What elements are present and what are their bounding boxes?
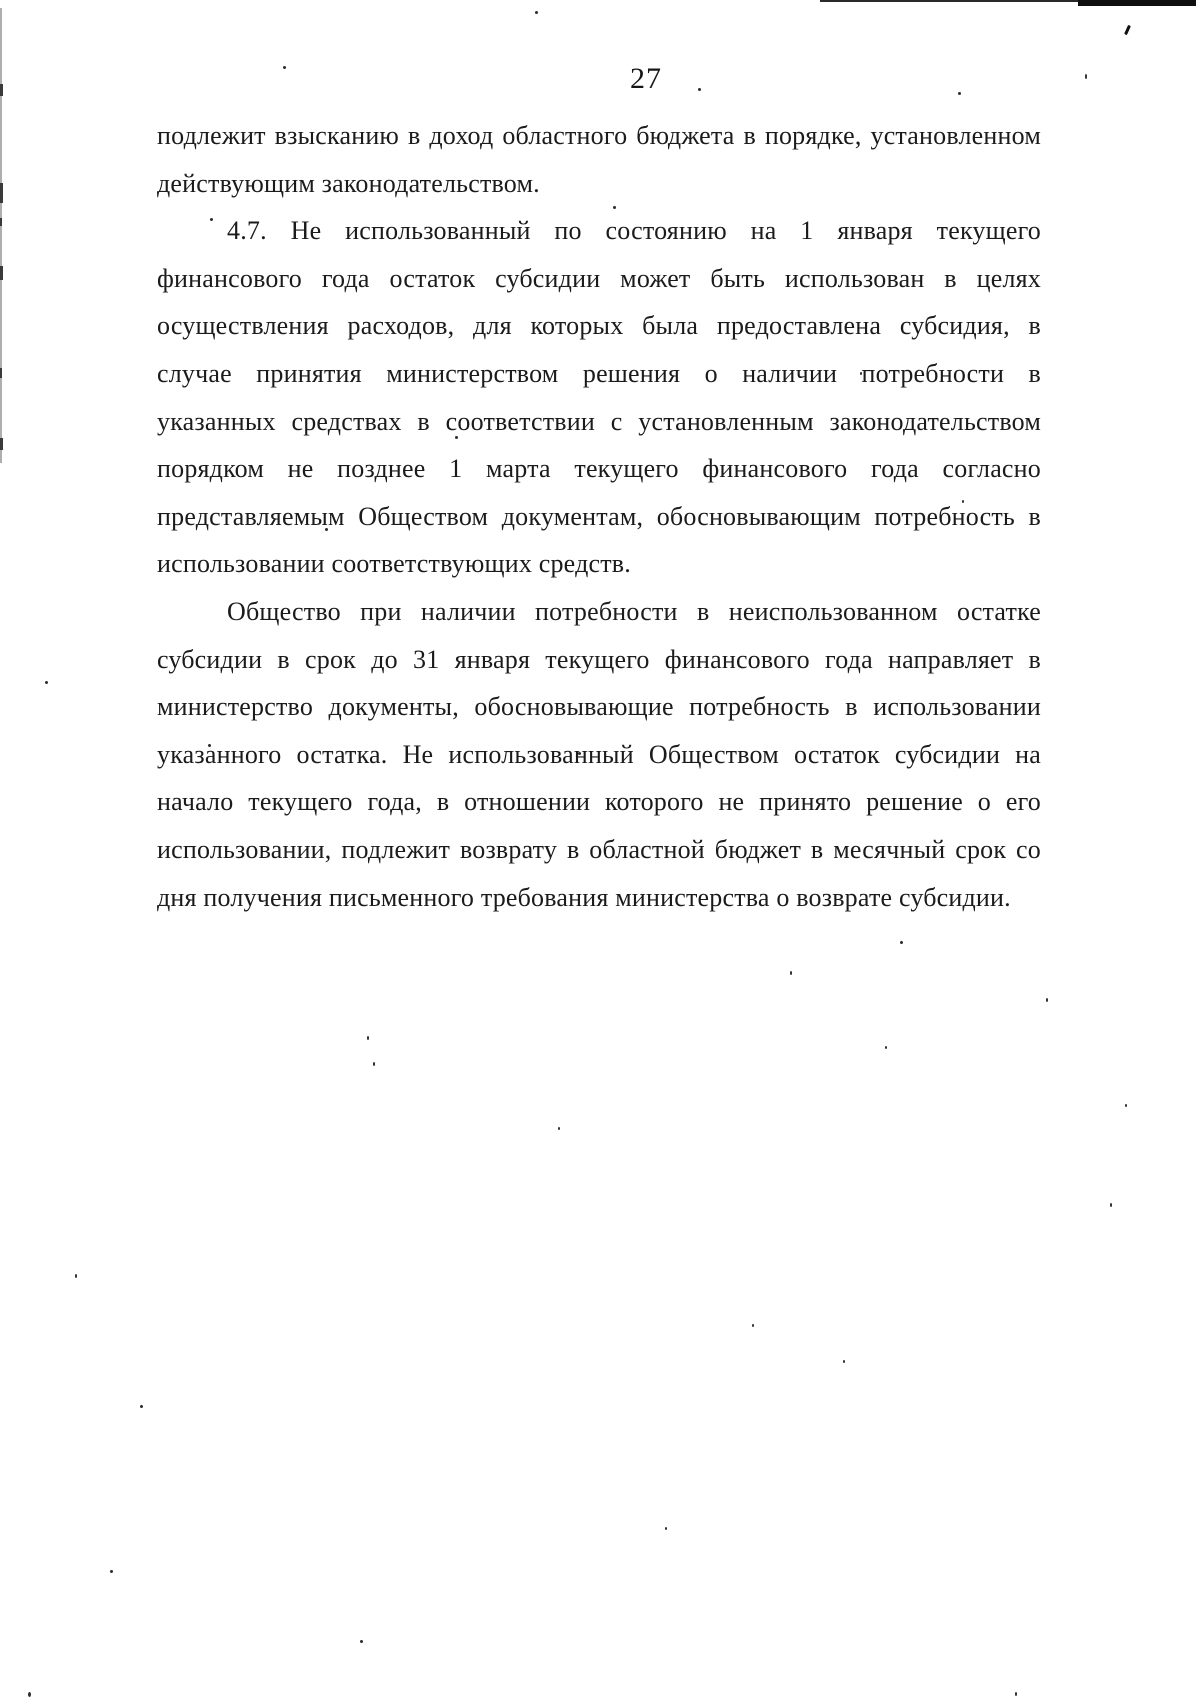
scan-artifact-edge-tick <box>0 266 3 280</box>
scan-speckle <box>1110 1203 1112 1207</box>
scan-speckle <box>558 1127 560 1130</box>
scan-speckle <box>958 92 961 95</box>
scan-artifact-edge-tick <box>0 438 3 450</box>
scan-speckle <box>752 1324 754 1327</box>
scan-speckle <box>535 11 538 14</box>
text-line: подлежит взысканию в доход областного бю… <box>157 112 1041 160</box>
scan-speckle <box>885 1046 887 1049</box>
scan-speckle <box>283 66 286 69</box>
scan-speckle <box>665 1527 667 1530</box>
text-line: использовании соответствующих средств. <box>157 540 1041 588</box>
page-number: 27 <box>630 62 662 96</box>
scan-artifact-top-line <box>820 0 1080 2</box>
text-line: указанного остатка. Не использованный Об… <box>157 731 1041 779</box>
text-line: осуществления расходов, для которых была… <box>157 302 1041 350</box>
scan-speckle <box>75 1274 77 1278</box>
scan-speckle <box>110 1570 113 1573</box>
scan-speckle <box>900 941 903 944</box>
paragraph: Общество при наличии потребности в неисп… <box>157 588 1041 921</box>
text-line: начало текущего года, в отношении которо… <box>157 778 1041 826</box>
text-line: Общество при наличии потребности в неисп… <box>157 588 1041 636</box>
scan-speckle <box>140 1405 143 1408</box>
text-line: 4.7. Не использованный по состоянию на 1… <box>157 207 1041 255</box>
scan-artifact-edge-tick <box>0 218 2 226</box>
text-line: случае принятия министерством решения о … <box>157 350 1041 398</box>
scan-artifact-top-bar <box>1078 0 1196 6</box>
scan-artifact-edge-tick <box>0 368 2 378</box>
scan-speckle <box>360 1640 363 1643</box>
scan-speckle <box>28 1692 31 1697</box>
scan-artifact-edge-tick <box>0 84 3 96</box>
scan-speckle <box>843 1360 845 1363</box>
text-line: министерство документы, обосновывающие п… <box>157 683 1041 731</box>
text-block: подлежит взысканию в доход областного бю… <box>157 112 1041 921</box>
scan-artifact-backslash <box>1124 25 1131 35</box>
text-line: субсидии в срок до 31 января текущего фи… <box>157 636 1041 684</box>
text-line: финансового года остаток субсидии может … <box>157 255 1041 303</box>
paragraph: 4.7. Не использованный по состоянию на 1… <box>157 207 1041 588</box>
scan-artifact-left-strip <box>0 8 2 463</box>
paragraph: подлежит взысканию в доход областного бю… <box>157 112 1041 207</box>
scan-speckle <box>698 88 701 91</box>
scan-speckle <box>367 1036 369 1040</box>
scan-speckle <box>373 1062 375 1066</box>
scan-speckle <box>1046 998 1048 1002</box>
text-line: указанных средствах в соответствии с уст… <box>157 398 1041 446</box>
text-line: использовании, подлежит возврату в облас… <box>157 826 1041 874</box>
scanned-document-page: 27 подлежит взысканию в доход областного… <box>0 0 1200 1705</box>
scan-artifact-edge-tick <box>0 183 3 203</box>
text-line: действующим законодательством. <box>157 160 1041 208</box>
scan-speckle <box>1125 1104 1127 1107</box>
scan-speckle <box>790 971 792 975</box>
text-line: порядком не позднее 1 марта текущего фин… <box>157 445 1041 493</box>
text-line: представляемым Обществом документам, обо… <box>157 493 1041 541</box>
scan-speckle <box>1085 74 1087 79</box>
scan-speckle <box>45 681 48 684</box>
text-line: дня получения письменного требования мин… <box>157 874 1041 922</box>
scan-speckle <box>1015 1692 1017 1696</box>
